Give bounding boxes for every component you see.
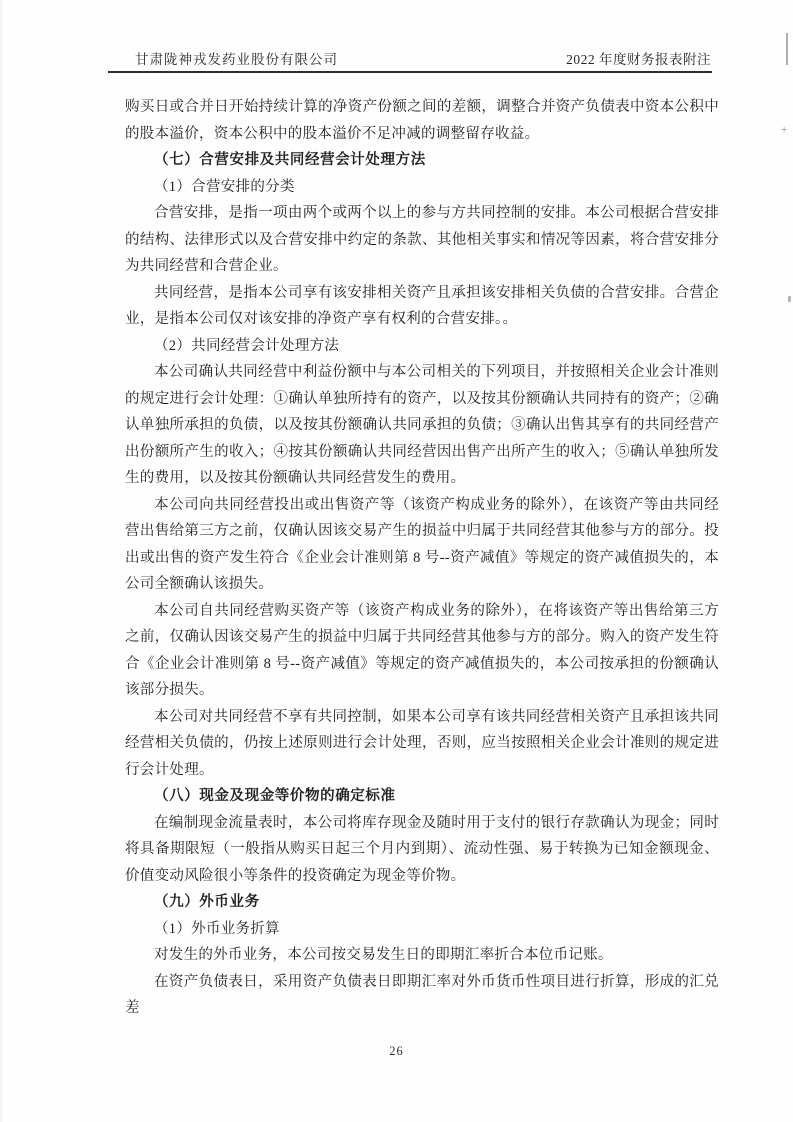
paragraph: 购买日或合并日开始持续计算的净资产份额之间的差额，调整合并资产负债表中资本公积中…	[125, 94, 719, 147]
scan-artifact-dot	[788, 296, 791, 302]
subheading: （2）共同经营会计处理方法	[125, 333, 719, 360]
scan-artifact-mark: +	[781, 124, 787, 136]
section-heading-9: （九）外币业务	[125, 889, 719, 916]
section-heading-7: （七）合营安排及共同经营会计处理方法	[125, 147, 719, 174]
paragraph: 本公司向共同经营投出或出售资产等（该资产构成业务的除外），在该资产等由共同经营出…	[125, 492, 719, 598]
paragraph: 在资产负债表日，采用资产负债表日即期汇率对外币货币性项目进行折算，形成的汇兑差	[125, 969, 719, 1022]
company-name: 甘肃陇神戎发药业股份有限公司	[135, 48, 338, 68]
subheading: （1）外币业务折算	[125, 916, 719, 943]
section-heading-8: （八）现金及现金等价物的确定标准	[125, 783, 719, 810]
header-rule	[108, 71, 712, 73]
document-body: 购买日或合并日开始持续计算的净资产份额之间的差额，调整合并资产负债表中资本公积中…	[125, 94, 719, 1022]
page-number: 26	[0, 1044, 793, 1059]
paragraph: 对发生的外币业务，本公司按交易发生日的即期汇率折合本位币记账。	[125, 942, 719, 969]
paragraph: 本公司确认共同经营中利益份额中与本公司相关的下列项目，并按照相关企业会计准则的规…	[125, 359, 719, 492]
paragraph: 合营安排，是指一项由两个或两个以上的参与方共同控制的安排。本公司根据合营安排的结…	[125, 200, 719, 280]
paragraph: 本公司自共同经营购买资产等（该资产构成业务的除外），在将该资产等出售给第三方之前…	[125, 598, 719, 704]
subheading: （1）合营安排的分类	[125, 174, 719, 201]
scan-artifact-line	[786, 33, 788, 65]
report-title: 2022 年度财务报表附注	[566, 48, 711, 68]
paragraph: 本公司对共同经营不享有共同控制，如果本公司享有该共同经营相关资产且承担该共同经营…	[125, 704, 719, 784]
paragraph: 共同经营，是指本公司享有该安排相关资产且承担该安排相关负债的合营安排。合营企业，…	[125, 280, 719, 333]
page-header: 甘肃陇神戎发药业股份有限公司 2022 年度财务报表附注	[135, 48, 711, 68]
paragraph: 在编制现金流量表时，本公司将库存现金及随时用于支付的银行存款确认为现金；同时将具…	[125, 810, 719, 890]
document-page: 甘肃陇神戎发药业股份有限公司 2022 年度财务报表附注 购买日或合并日开始持续…	[0, 0, 793, 1122]
